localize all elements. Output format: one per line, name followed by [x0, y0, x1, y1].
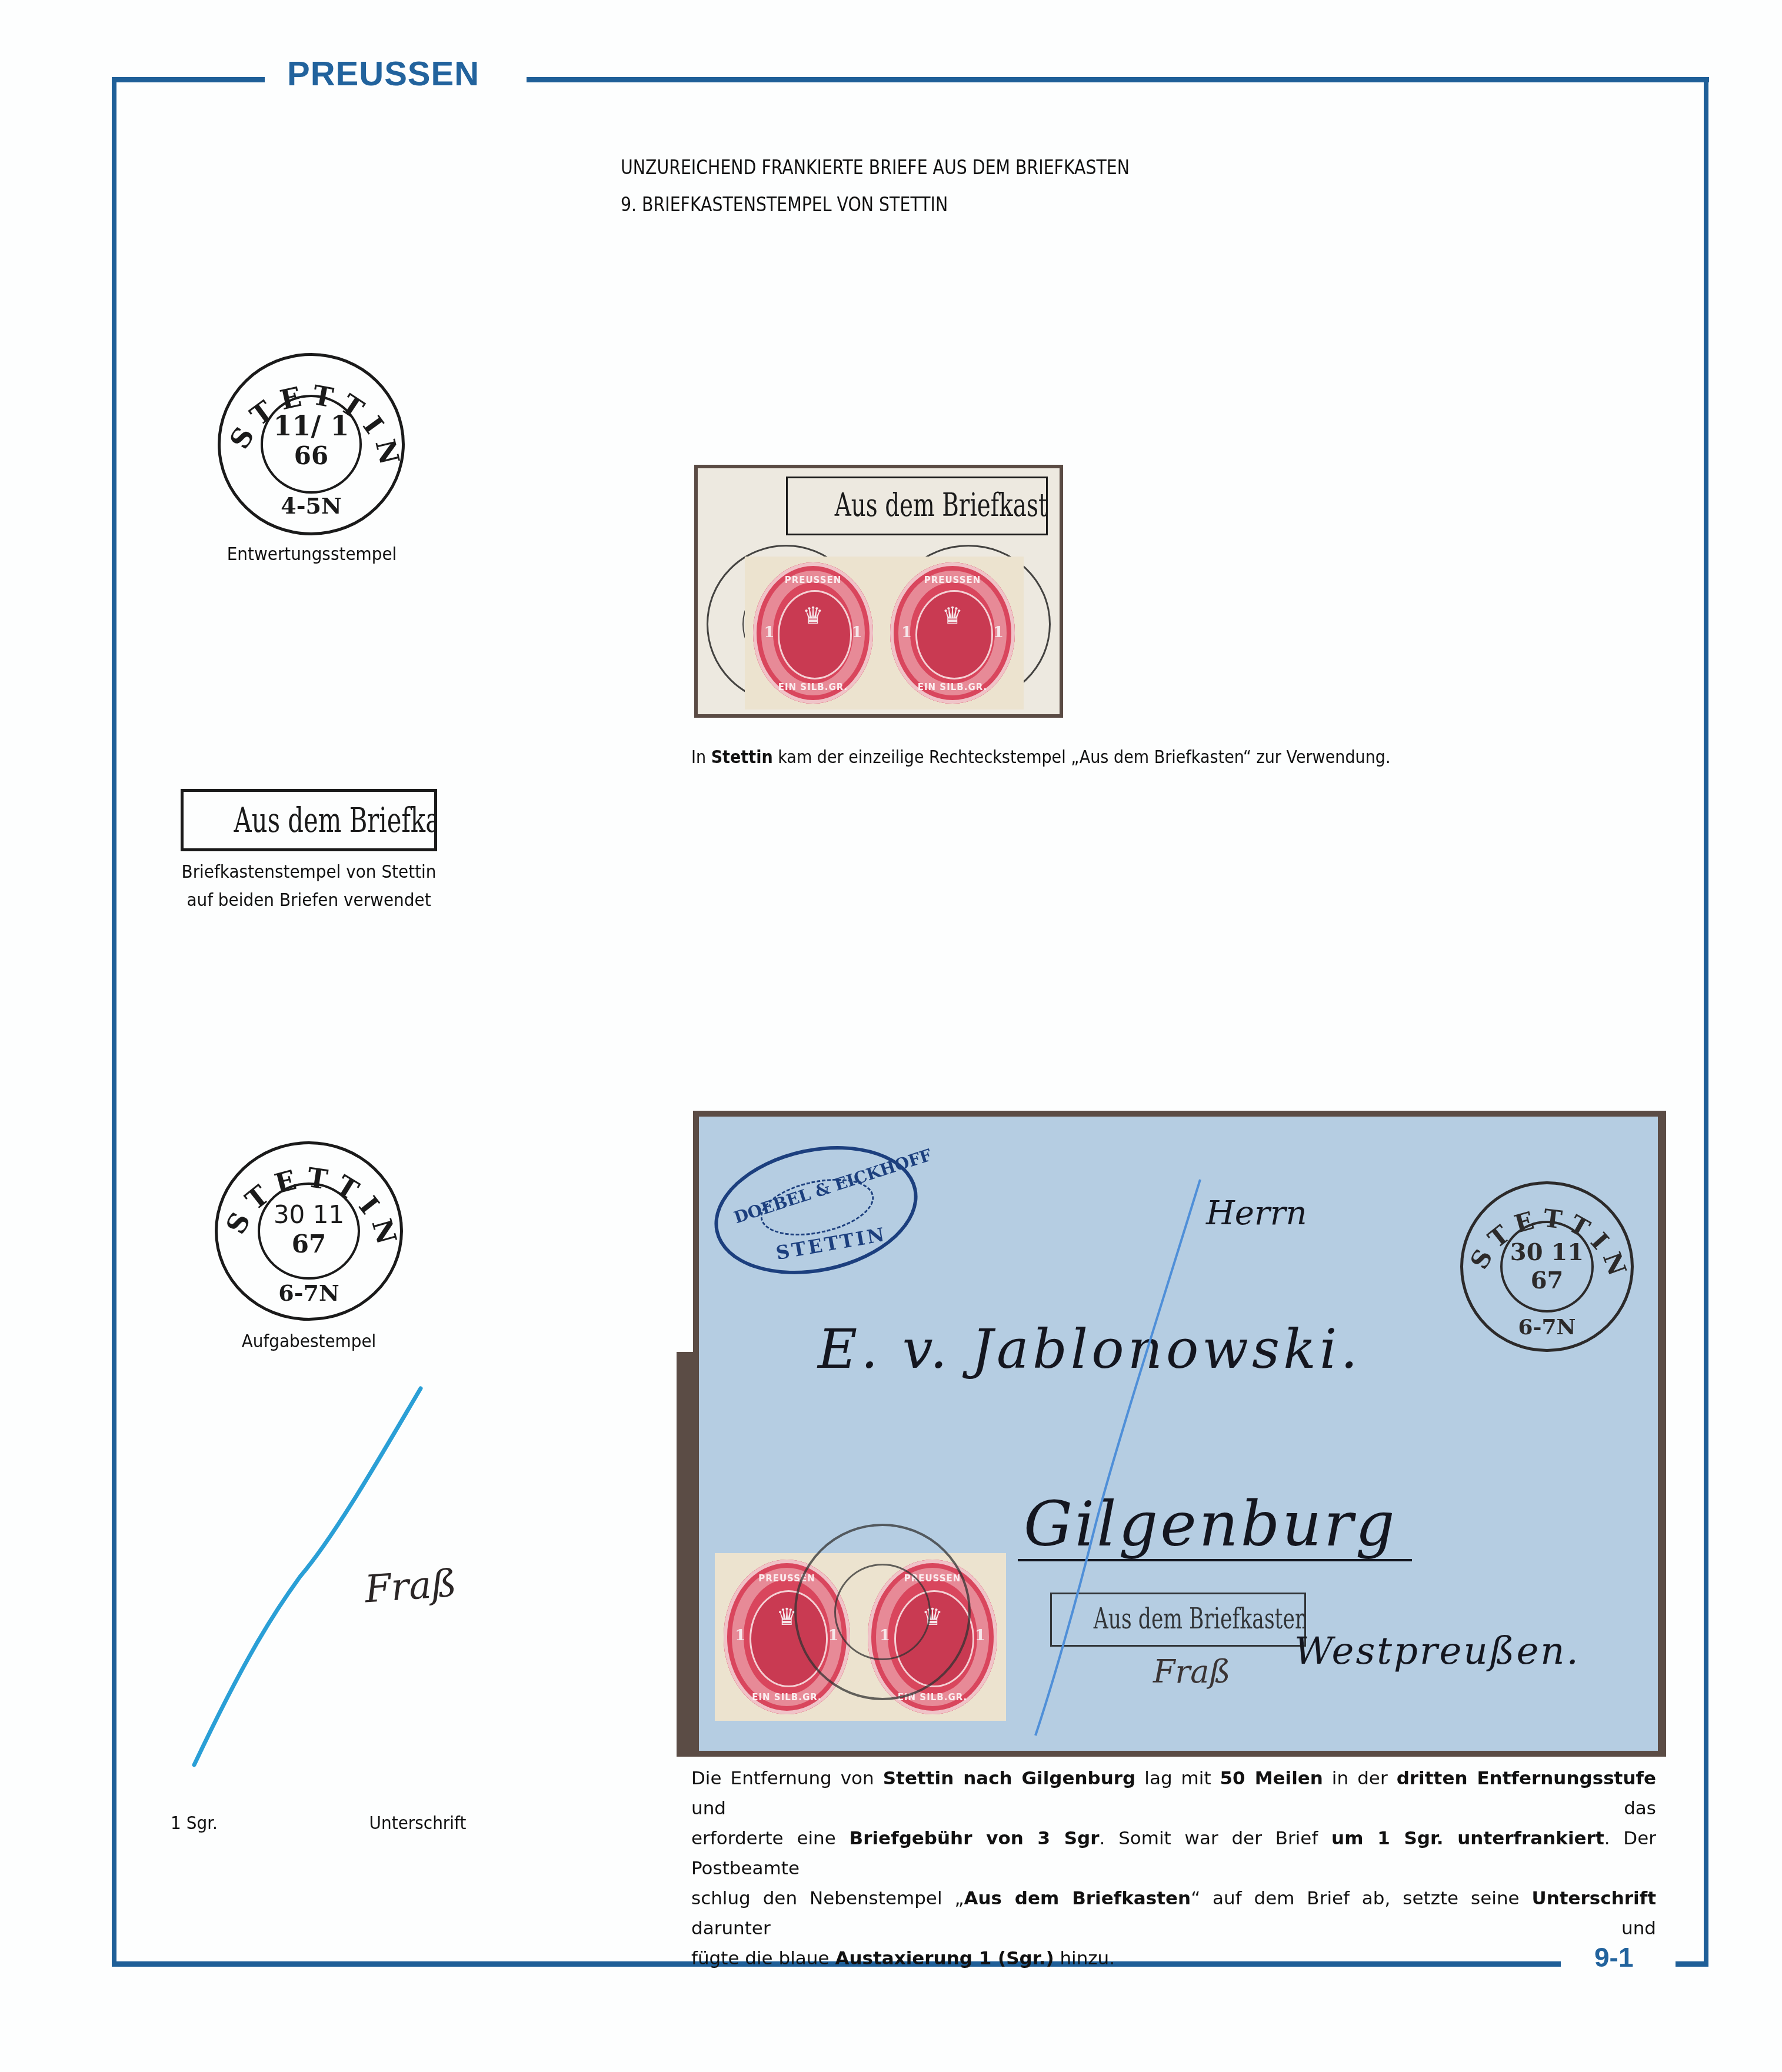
postmark-time: 6-7N: [218, 1280, 400, 1306]
stamp-value: 1: [764, 624, 774, 641]
stamp-1sgr-left: ♛ PREUSSEN 1 1 EIN SILB.GR.: [745, 557, 881, 709]
tax-mark-caption: 1 Sgr.: [141, 1809, 247, 1837]
description-text: schlug den Nebenstempel „: [691, 1888, 964, 1909]
stamp-bottom-text: EIN SILB.GR.: [745, 682, 881, 692]
description-text: und das: [691, 1798, 1656, 1819]
dispatch-postmark-caption: Aufgabestempel: [203, 1327, 415, 1355]
postmark-date: 11/ 1: [221, 410, 402, 442]
stamp-bottom-text: EIN SILB.GR.: [715, 1692, 859, 1703]
stamp-bottom-text: EIN SILB.GR.: [881, 682, 1024, 692]
description-bold-text: dritten Entfernungsstufe: [1397, 1768, 1656, 1789]
signature-sample: Fraß: [364, 1562, 458, 1612]
description-bold-text: um 1 Sgr. unterfrankiert: [1331, 1828, 1604, 1849]
description-text: fügte die blaue: [691, 1948, 835, 1969]
postmark-time: 4-5N: [221, 492, 402, 519]
destination-region: Westpreußen.: [1294, 1630, 1580, 1673]
description-line: erforderte eine Briefgebühr von 3 Sgr. S…: [691, 1824, 1656, 1884]
description-text: in der: [1323, 1768, 1397, 1789]
postmark-date: 30 11: [1463, 1238, 1631, 1266]
postmark-year: 67: [218, 1230, 400, 1258]
description-text: lag mit: [1135, 1768, 1220, 1789]
box-stamp-caption-line1: Briefkastenstempel von Stettin: [166, 858, 452, 886]
postmark-year: 67: [1463, 1267, 1631, 1294]
description-text: . Somit war der Brief: [1100, 1828, 1332, 1849]
postmark-time: 6-7N: [1463, 1315, 1631, 1340]
description-bold-text: Austaxierung 1 (Sgr.): [835, 1948, 1054, 1969]
caption-bold-text: Stettin: [711, 747, 773, 768]
stamp-value: 1: [851, 624, 862, 641]
section-heading: UNZUREICHEND FRANKIERTE BRIEFE AUS DEM B…: [621, 156, 1130, 179]
frame-top-left: [112, 77, 265, 82]
dispatch-postmark: STETTIN 30 11 67 6-7N: [215, 1141, 403, 1321]
postmark-year: 66: [221, 441, 402, 470]
stamp-value: 1: [975, 1627, 985, 1644]
address-prefix: Herrn: [1206, 1194, 1307, 1232]
page-title: PREUSSEN: [287, 54, 479, 94]
frame-right: [1704, 77, 1708, 1967]
cover-postmark: STETTIN 30 11 67 6-7N: [1460, 1181, 1634, 1352]
cover-blue-tax-mark-icon: [1024, 1177, 1212, 1741]
briefkasten-box-stamp: Aus dem Briefkasten: [181, 789, 437, 851]
description-text: Die Entfernung von: [691, 1768, 883, 1789]
letter-fragment: Aus dem Briefkasten ♛ PREUSSEN 1 1 EIN S…: [694, 465, 1063, 718]
stamp-value: 1: [993, 624, 1004, 641]
box-stamp-text: Aus dem Briefkasten: [234, 792, 437, 848]
fragment-box-stamp: Aus dem Briefkasten: [786, 477, 1048, 535]
description-bold-text: Stettin nach Gilgenburg: [883, 1768, 1136, 1789]
description-line: fügte die blaue Austaxierung 1 (Sgr.) hi…: [691, 1944, 1656, 1974]
caption-text: kam der einzeilige Rechteckstempel „Aus …: [773, 747, 1391, 768]
postmark-inner-circle: [834, 1564, 931, 1660]
description-bold-text: 50 Meilen: [1220, 1768, 1323, 1789]
box-stamp-caption-line2: auf beiden Briefen verwendet: [166, 886, 452, 914]
cancel-postmark-caption: Entwertungsstempel: [206, 540, 418, 568]
stamp-value: 1: [735, 1627, 745, 1644]
postmark-date: 30 11: [218, 1200, 400, 1229]
cover-mount-flap: [677, 1352, 700, 1757]
description-text: “ auf dem Brief ab, setzte seine: [1191, 1888, 1531, 1909]
fragment-caption: In Stettin kam der einzeilige Rechteckst…: [691, 742, 1485, 772]
description-text: erforderte eine: [691, 1828, 850, 1849]
caption-text: In: [691, 747, 711, 768]
frame-left: [112, 77, 116, 1967]
description-text: darunter und: [691, 1918, 1656, 1939]
stamp-top-text: PREUSSEN: [745, 575, 881, 585]
stamp-1sgr-right: ♛ PREUSSEN 1 1 EIN SILB.GR.: [881, 557, 1024, 709]
description-bold-text: Unterschrift: [1531, 1888, 1656, 1909]
description-bold-text: Aus dem Briefkasten: [964, 1888, 1191, 1909]
cancel-postmark: STETTIN 11/ 1 66 4-5N: [218, 353, 405, 535]
description-line: Die Entfernung von Stettin nach Gilgenbu…: [691, 1764, 1656, 1824]
box-stamp-caption: Briefkastenstempel von Stettin auf beide…: [166, 858, 452, 914]
description-text: hinzu.: [1054, 1948, 1115, 1969]
cover-description: Die Entfernung von Stettin nach Gilgenbu…: [691, 1764, 1656, 1974]
description-line: schlug den Nebenstempel „Aus dem Briefka…: [691, 1884, 1656, 1944]
fragment-box-stamp-text: Aus dem Briefkasten: [835, 478, 1048, 532]
stamp-top-text: PREUSSEN: [881, 575, 1024, 585]
frame-top-right: [527, 77, 1709, 82]
subsection-heading: 9. BRIEFKASTENSTEMPEL VON STETTIN: [621, 193, 948, 216]
signature-caption: Unterschrift: [338, 1809, 497, 1837]
frame-bottom-right: [1676, 1961, 1708, 1967]
cover-stamp-cancel: [794, 1524, 971, 1700]
description-bold-text: Briefgebühr von 3 Sgr: [850, 1828, 1100, 1849]
stamp-value: 1: [901, 624, 912, 641]
